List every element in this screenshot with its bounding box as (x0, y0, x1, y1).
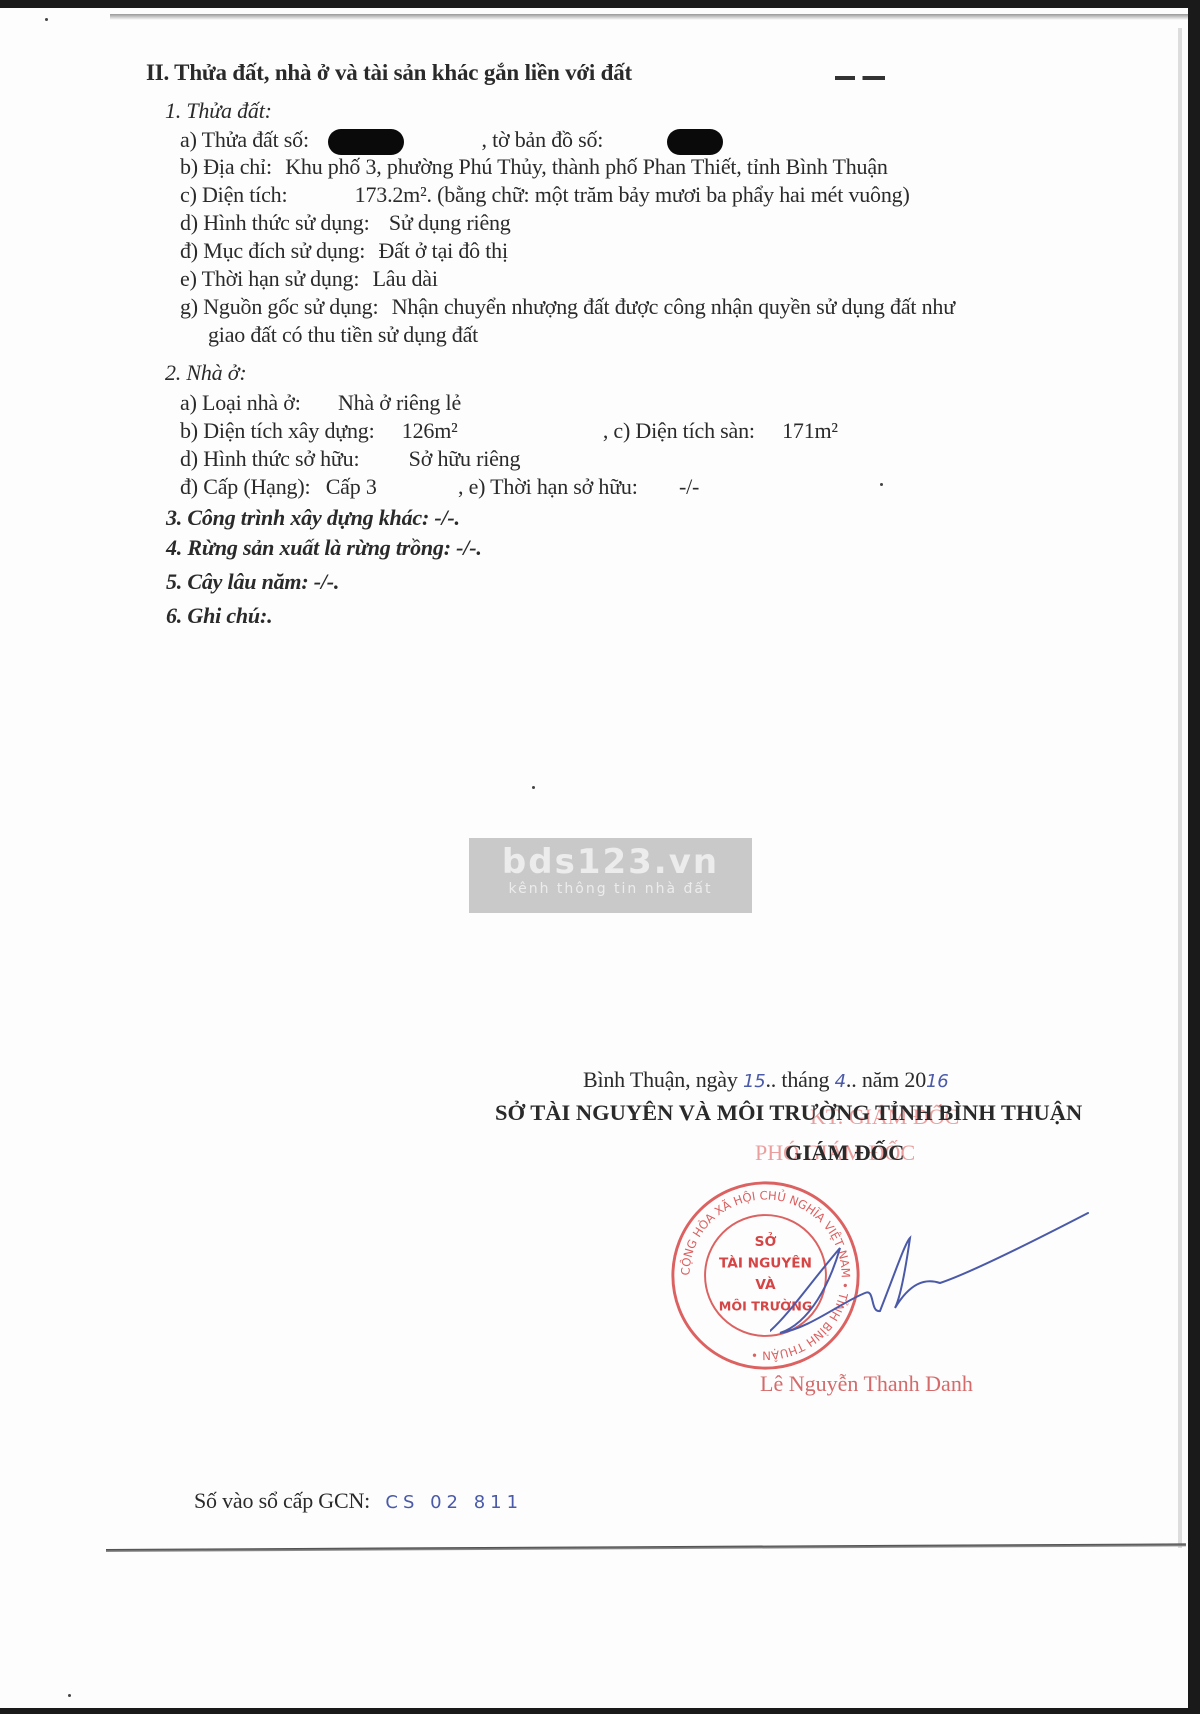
signer-name: Lê Nguyễn Thanh Danh (760, 1371, 973, 1397)
section-title: II. Thửa đất, nhà ở và tài sản khác gắn … (146, 60, 632, 86)
year-label: năm 20 (862, 1067, 926, 1092)
purpose-value: Đất ở tại đô thị (378, 238, 507, 263)
scan-speck (68, 1694, 71, 1697)
scan-speck (532, 786, 535, 789)
parcel-row: a) Thửa đất số: , tờ bản đồ số: (180, 127, 723, 155)
ownership-label: d) Hình thức sở hữu: (180, 446, 359, 471)
area-value: 173.2m². (bằng chữ: một trăm bảy mươi ba… (355, 182, 910, 207)
area-row: c) Diện tích: 173.2m². (bằng chữ: một tr… (180, 182, 910, 208)
origin-label: g) Nguồn gốc sử dụng: (180, 294, 378, 319)
house-heading: 2. Nhà ở: (165, 360, 246, 386)
build-area-label: b) Diện tích xây dựng: (180, 418, 374, 443)
own-term-value: -/- (679, 474, 699, 499)
grade-value: Cấp 3 (326, 474, 377, 499)
use-form-label: d) Hình thức sử dụng: (180, 210, 370, 235)
ownership-row: d) Hình thức sở hữu: Sở hữu riêng (180, 446, 520, 472)
watermark-sub: kênh thông tin nhà đất (469, 880, 752, 898)
scan-speck (45, 18, 48, 21)
registry-row: Số vào sổ cấp GCN: CS 02 811 (194, 1488, 523, 1514)
map-sheet-redacted (667, 129, 723, 155)
production-forest: 4. Rừng sản xuất là rừng trồng: -/-. (166, 535, 482, 561)
card-bottom-edge (106, 1543, 1186, 1552)
term-value: Lâu dài (373, 266, 438, 291)
watermark: bds123.vn kênh thông tin nhà đất (469, 838, 752, 913)
area-label: c) Diện tích: (180, 182, 287, 207)
page-edge-shadow (110, 14, 1188, 20)
land-heading: 1. Thửa đất: (165, 98, 272, 124)
floor-area-label: , c) Diện tích sàn: (603, 418, 755, 443)
registry-label: Số vào sổ cấp GCN: (194, 1488, 370, 1513)
origin-value-line1: Nhận chuyển nhượng đất được công nhận qu… (392, 294, 955, 319)
date-day: 15 (743, 1071, 766, 1092)
dash-mark (835, 76, 885, 80)
page-edge-right (1178, 28, 1182, 1548)
date-month: 4 (835, 1071, 846, 1092)
scan-speck (880, 483, 883, 486)
use-form-row: d) Hình thức sử dụng: Sử dụng riêng (180, 210, 511, 236)
registry-value: CS 02 811 (385, 1492, 523, 1513)
watermark-main: bds123.vn (469, 844, 752, 880)
place-date: Bình Thuận, ngày 15.. tháng 4.. năm 2016 (583, 1067, 949, 1093)
purpose-row: đ) Mục đích sử dụng: Đất ở tại đô thị (180, 238, 508, 264)
month-label: tháng (781, 1067, 829, 1092)
date-year: 16 (926, 1071, 949, 1092)
purpose-label: đ) Mục đích sử dụng: (180, 238, 365, 263)
address-row: b) Địa chỉ: Khu phố 3, phường Phú Thủy, … (180, 154, 888, 180)
build-area-value: 126m² (402, 418, 458, 443)
map-sheet-label: , tờ bản đồ số: (482, 127, 604, 152)
use-form-value: Sử dụng riêng (389, 210, 511, 235)
address-label: b) Địa chỉ: (180, 154, 272, 179)
other-construction: 3. Công trình xây dựng khác: -/-. (166, 505, 460, 531)
house-type-label: a) Loại nhà ở: (180, 390, 301, 415)
house-type-row: a) Loại nhà ở: Nhà ở riêng lẻ (180, 390, 461, 416)
origin-value-line2: giao đất có thu tiền sử dụng đất (208, 322, 478, 348)
own-term-label: , e) Thời hạn sở hữu: (458, 474, 638, 499)
parcel-label: a) Thửa đất số: (180, 127, 309, 152)
origin-row: g) Nguồn gốc sử dụng: Nhận chuyển nhượng… (180, 294, 955, 320)
notes: 6. Ghi chú:. (166, 603, 272, 629)
organization-title: SỞ TÀI NGUYÊN VÀ MÔI TRƯỜNG TỈNH BÌNH TH… (495, 1100, 1082, 1126)
role-title: GIÁM ĐỐC (785, 1140, 904, 1166)
term-row: e) Thời hạn sử dụng: Lâu dài (180, 266, 438, 292)
term-label: e) Thời hạn sử dụng: (180, 266, 359, 291)
signature-icon (770, 1203, 1090, 1343)
house-area-row: b) Diện tích xây dựng: 126m² , c) Diện t… (180, 418, 838, 444)
ownership-value: Sở hữu riêng (409, 446, 521, 471)
address-value: Khu phố 3, phường Phú Thủy, thành phố Ph… (285, 154, 888, 179)
house-type-value: Nhà ở riêng lẻ (338, 390, 461, 415)
perennial-trees: 5. Cây lâu năm: -/-. (166, 569, 339, 595)
grade-label: đ) Cấp (Hạng): (180, 474, 310, 499)
place-date-prefix: Bình Thuận, ngày (583, 1067, 738, 1092)
certificate-page: II. Thửa đất, nhà ở và tài sản khác gắn … (0, 8, 1188, 1708)
grade-row: đ) Cấp (Hạng): Cấp 3 , e) Thời hạn sở hữ… (180, 474, 699, 500)
floor-area-value: 171m² (782, 418, 838, 443)
parcel-number-redacted (328, 129, 404, 155)
